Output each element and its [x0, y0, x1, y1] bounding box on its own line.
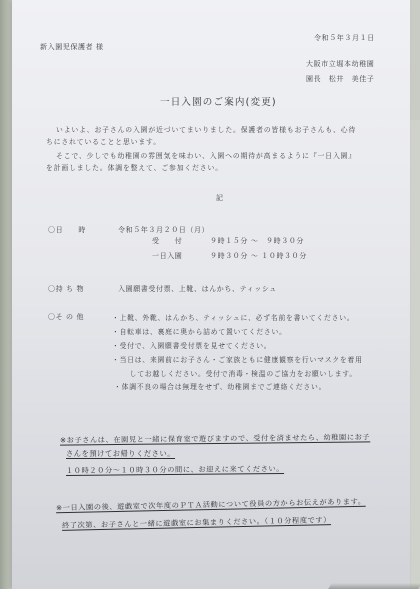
other-item: ・体調不良の場合は無理をせず、幼稚園までご連絡ください。	[114, 381, 326, 391]
principal-name: 園長 松井 美佳子	[306, 74, 374, 84]
other-label: 〇そ の 他	[48, 312, 84, 322]
entry-time: ９時３０分 ～ １０時３０分	[210, 251, 307, 261]
intro-line: いよいよ、お子さんの入園が近づいてまいりました。保護者の皆様もお子さんも、心待	[56, 124, 356, 134]
page-corner-shadow	[328, 583, 420, 589]
reception-time: ９時１５分 ～ ９時３０分	[210, 236, 304, 246]
entry-label: 一日入園	[152, 251, 182, 261]
organization: 大阪市立堀本幼稚園	[306, 59, 374, 69]
document-title: 一日入園のご案内(変更)	[160, 94, 277, 108]
schedule-date: 令和５年３月２０日（月）	[118, 225, 209, 235]
reception-label: 受 付	[152, 236, 182, 246]
schedule-label: 〇日 時	[48, 225, 86, 235]
other-item: ・当日は、来園前にお子さん・ご家族ともに健康観察を行いマスクを着用	[112, 354, 363, 364]
other-item: ・上靴、外靴、はんかち、ティッシュに、必ず名前を書いてください。	[112, 312, 354, 322]
belongings-label: 〇持 ち 物	[48, 284, 84, 294]
intro-line: ちにされていることと思います。	[46, 136, 161, 146]
note-line: さんを預けてお帰りください。	[66, 449, 175, 459]
other-item: ・受付で、入園願書受付票を見せてください。	[112, 340, 271, 350]
note-line: １０時２０分～１０時３０分の間に、お迎えに来てください。	[66, 464, 284, 476]
ki-heading: 記	[216, 193, 224, 203]
issue-date: 令和５年３月１日	[314, 33, 375, 43]
intro-line: を計画しました。体調を整えて、ご参加ください。	[46, 162, 223, 172]
other-item: ・自転車は、裏庭に奥から詰めて置いてください。	[112, 326, 287, 336]
other-item: してお越しください。受付で消毒・検温のご協力をお願いします。	[122, 368, 357, 378]
belongings-value: 入園願書受付票、上靴、はんかち、ティッシュ	[118, 284, 277, 294]
addressee: 新入園児保護者 様	[40, 42, 104, 52]
intro-line: そこで、少しでも幼稚園の雰囲気を味わい、入園への期待が高まるように『一日入園』	[56, 150, 356, 160]
